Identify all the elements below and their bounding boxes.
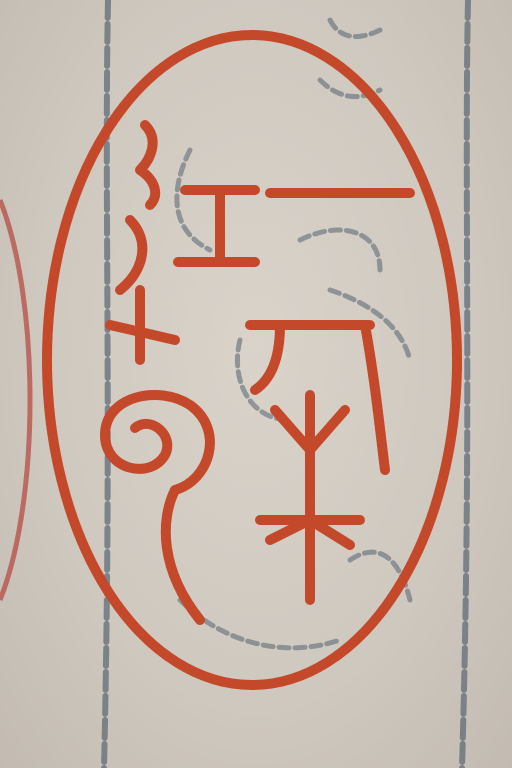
grey-sketch bbox=[177, 20, 410, 648]
seal-illustration bbox=[0, 0, 512, 768]
seal-photo bbox=[0, 0, 512, 768]
